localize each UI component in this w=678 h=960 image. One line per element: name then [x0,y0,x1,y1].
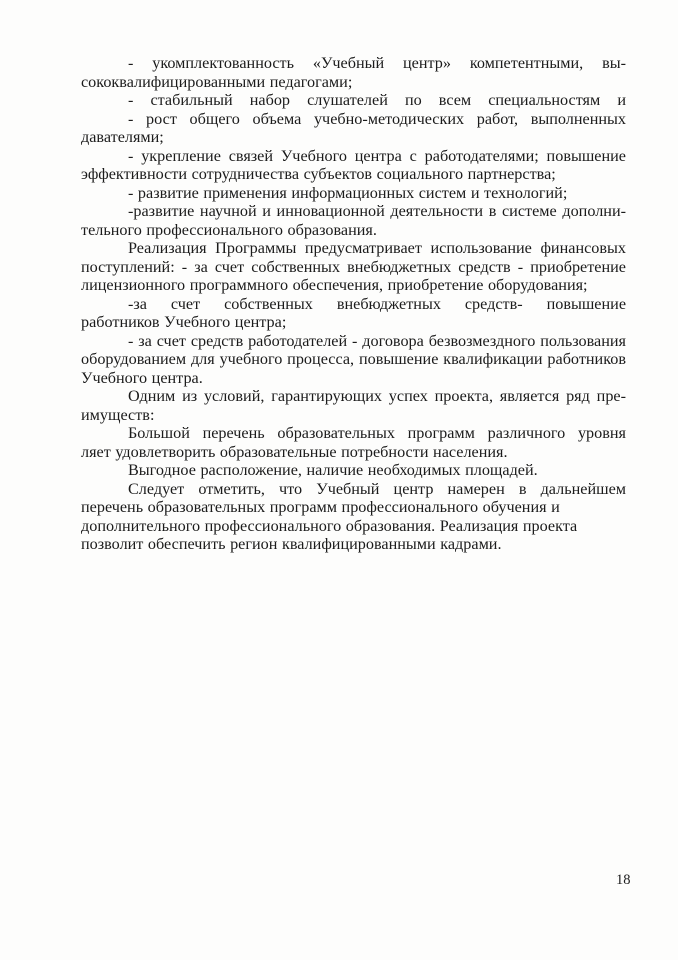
text-line: - за счет средств работодателей - догово… [81,332,626,351]
text-line: Одним из условий, гарантирующих успех пр… [81,387,626,406]
text-line: Следует отметить, что Учебный центр наме… [81,480,626,499]
text-line: - укомплектованность «Учебный центр» ком… [81,54,626,73]
text-line: эффективности сотрудничества субъектов с… [81,165,626,184]
document-page: - укомплектованность «Учебный центр» ком… [0,0,678,960]
text-line: - укрепление связей Учебного центра с ра… [81,147,626,166]
text-line: Реализация Программы предусматривает исп… [81,239,626,258]
text-line: - стабильный набор слушателей по всем сп… [81,91,626,110]
document-text: - укомплектованность «Учебный центр» ком… [81,54,626,554]
text-line: оборудованием для учебного процесса, пов… [81,350,626,369]
text-line: позволит обеспечить регион квалифицирова… [81,535,626,554]
text-line: лицензионного программного обеспечения, … [81,276,626,295]
text-line: - рост общего объема учебно-методических… [81,110,626,129]
text-line: дополнительного профессионального образо… [81,517,626,536]
text-line: давателями; [81,128,626,147]
text-line: -развитие научной и инновационной деятел… [81,202,626,221]
page-number: 18 [616,872,631,889]
text-line: сококвалифицированными педагогами; [81,73,626,92]
text-line: Выгодное расположение, наличие необходим… [81,461,626,480]
text-line: ляет удовлетворить образовательные потре… [81,443,626,462]
text-line: перечень образовательных программ профес… [81,498,626,517]
text-line: имуществ: [81,406,626,425]
text-line: работников Учебного центра; [81,313,626,332]
text-line: - развитие применения информационных сис… [81,184,626,203]
text-line: -за счет собственных внебюджетных средст… [81,295,626,314]
text-line: тельного профессионального образования. [81,221,626,240]
text-line: Большой перечень образовательных програм… [81,424,626,443]
text-line: поступлений: - за счет собственных внебю… [81,258,626,277]
text-line: Учебного центра. [81,369,626,388]
